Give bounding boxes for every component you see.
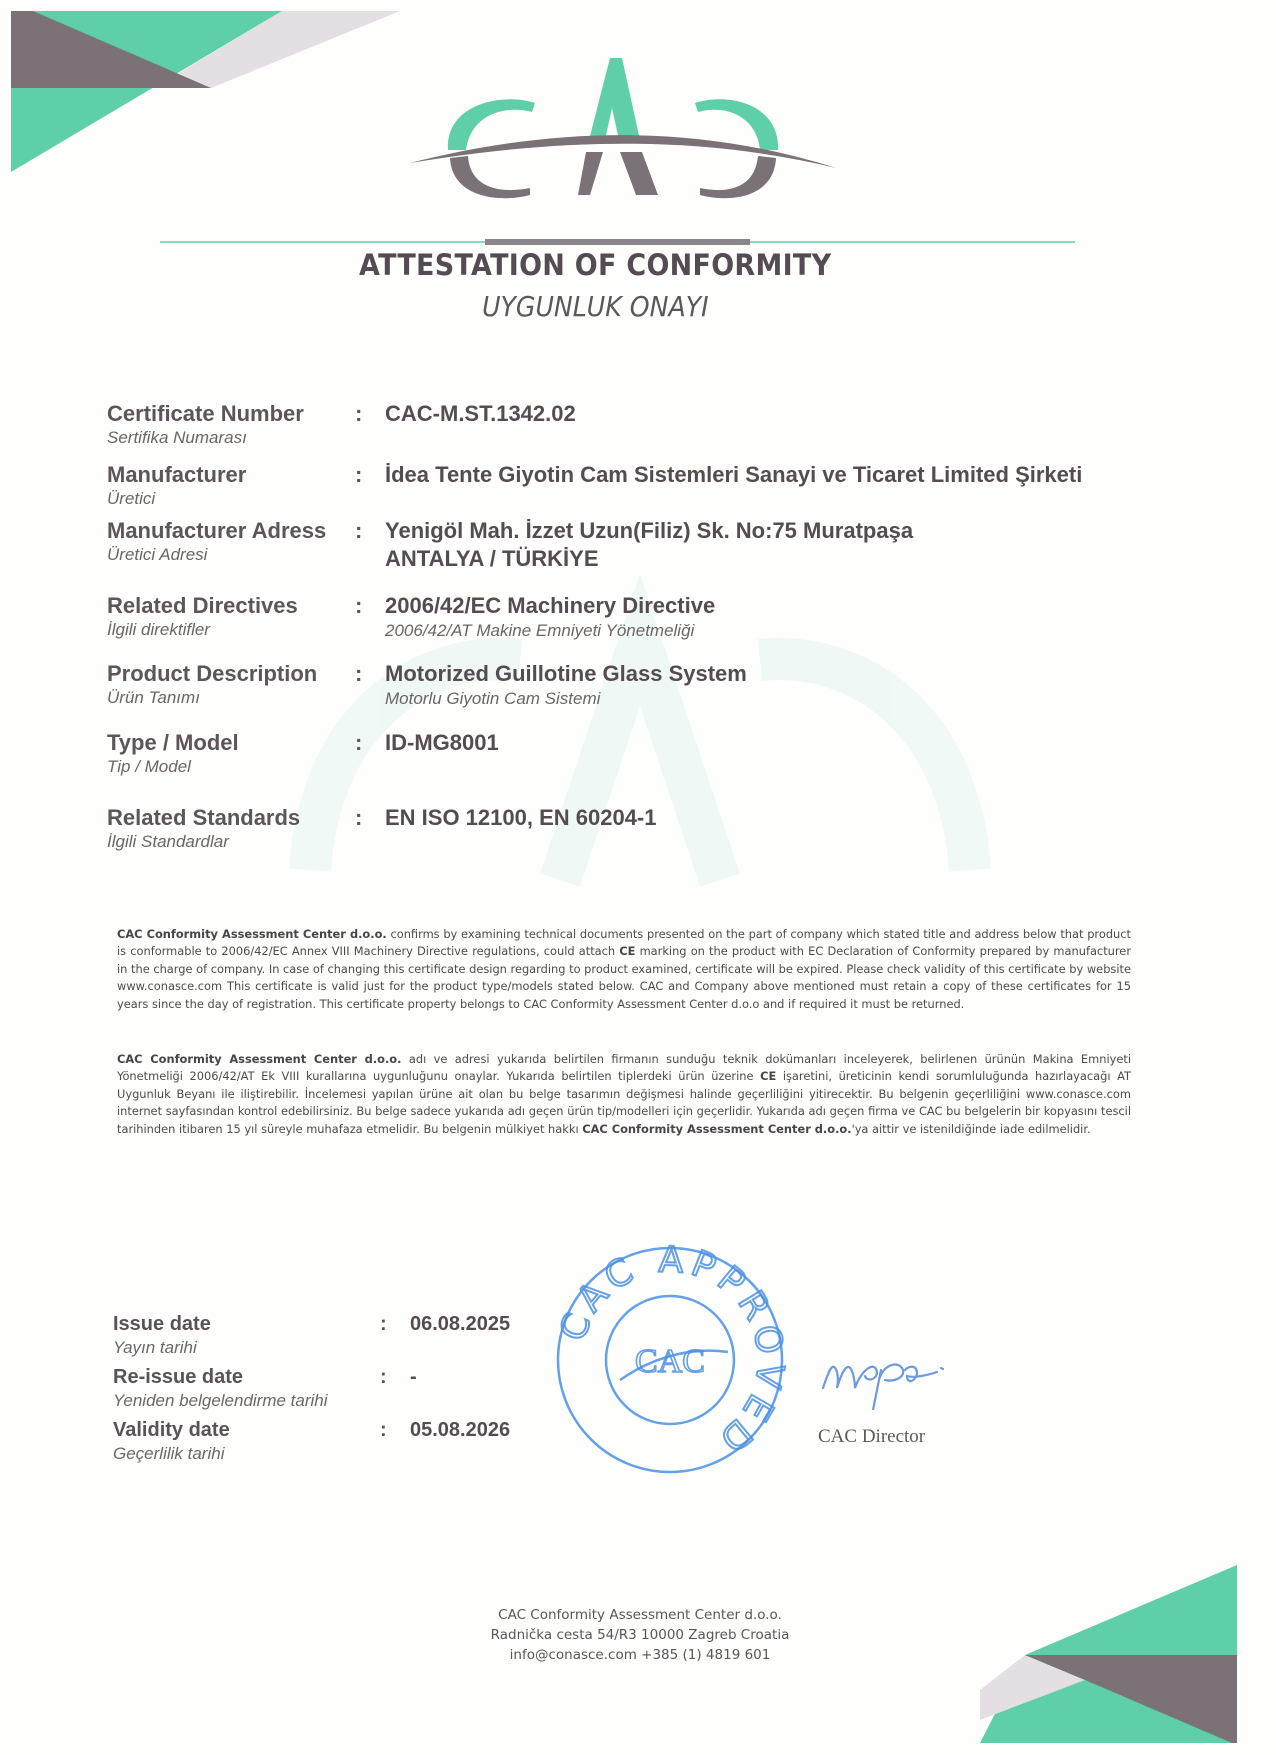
address-line1: Yenigöl Mah. İzzet Uzun(Filiz) Sk. No:75… (385, 518, 913, 544)
field-label: Certificate Number (107, 401, 1107, 427)
directive-value-tr: 2006/42/AT Makine Emniyeti Yönetmeliği (385, 620, 694, 642)
manufacturer-value: İdea Tente Giyotin Cam Sistemleri Sanayi… (385, 462, 1082, 488)
field-sublabel: İlgili Standardlar (107, 831, 1107, 853)
manufacturer-field: Manufacturer Üretici : İdea Tente Giyoti… (107, 462, 1107, 510)
footer-company: CAC Conformity Assessment Center d.o.o. (390, 1605, 890, 1625)
field-separator: : (355, 401, 362, 427)
issue-date-value: 06.08.2025 (410, 1312, 510, 1336)
header-rule (160, 239, 1075, 245)
certificate-number-value: CAC-M.ST.1342.02 (385, 401, 576, 427)
field-sublabel: Sertifika Numarası (107, 427, 1107, 449)
validity-date-field: Validity date Geçerlilik tarihi : 05.08.… (113, 1418, 543, 1466)
field-sublabel: Ürün Tanımı (107, 687, 1107, 709)
product-description-value: Motorized Guillotine Glass System (385, 661, 747, 687)
footer-email-phone: info@conasce.com +385 (1) 4819 601 (390, 1645, 890, 1665)
field-separator: : (355, 593, 362, 619)
bottom-right-corner-decoration (980, 1565, 1237, 1743)
document-subtitle: UYGUNLUK ONAYI (60, 290, 1131, 323)
cac-logo-icon (410, 58, 836, 198)
company-name: CAC Conformity Assessment Center d.o.o. (117, 1052, 401, 1066)
company-name: CAC Conformity Assessment Center d.o.o. (117, 927, 387, 941)
footer-address: Radnička cesta 54/R3 10000 Zagreb Croati… (390, 1625, 890, 1645)
signature-icon (815, 1330, 965, 1410)
standards-value: EN ISO 12100, EN 60204-1 (385, 805, 657, 831)
product-description-field: Product Description Ürün Tanımı : Motori… (107, 661, 1107, 709)
field-sublabel: Üretici Adresi (107, 544, 1107, 566)
signatory-title: CAC Director (818, 1426, 925, 1448)
related-standards-field: Related Standards İlgili Standardlar : E… (107, 805, 1107, 853)
field-separator: : (355, 462, 362, 488)
field-sublabel: Üretici (107, 488, 1107, 510)
document-title: ATTESTATION OF CONFORMITY (42, 248, 1149, 282)
directive-value: 2006/42/EC Machinery Directive (385, 593, 715, 619)
manufacturer-address-field: Manufacturer Adress Üretici Adresi : Yen… (107, 518, 1107, 566)
product-description-value-tr: Motorlu Giyotin Cam Sistemi (385, 688, 600, 710)
type-model-value: ID-MG8001 (385, 730, 499, 756)
reissue-date-value: - (410, 1365, 417, 1389)
field-separator: : (355, 805, 362, 831)
english-statement: CAC Conformity Assessment Center d.o.o. … (117, 926, 1131, 1013)
field-separator: : (355, 730, 362, 756)
address-line2: ANTALYA / TÜRKİYE (385, 546, 599, 572)
certificate-number-field: Certificate Number Sertifika Numarası : … (107, 401, 1107, 449)
validity-date-value: 05.08.2026 (410, 1418, 510, 1442)
issue-date-field: Issue date Yayın tarihi : 06.08.2025 (113, 1312, 543, 1360)
top-left-corner-decoration (11, 11, 400, 172)
field-separator: : (355, 518, 362, 544)
field-sublabel: Tip / Model (107, 756, 1107, 778)
turkish-statement: CAC Conformity Assessment Center d.o.o. … (117, 1051, 1131, 1138)
footer-contact: CAC Conformity Assessment Center d.o.o. … (390, 1605, 890, 1665)
reissue-date-field: Re-issue date Yeniden belgelendirme tari… (113, 1365, 543, 1413)
svg-text:CAC: CAC (635, 1343, 705, 1380)
field-separator: : (355, 661, 362, 687)
field-label: Type / Model (107, 730, 1107, 756)
related-directives-field: Related Directives İlgili direktifler : … (107, 593, 1107, 641)
type-model-field: Type / Model Tip / Model : ID-MG8001 (107, 730, 1107, 778)
approved-stamp-icon: CAC APPROVED CAC (550, 1240, 790, 1480)
